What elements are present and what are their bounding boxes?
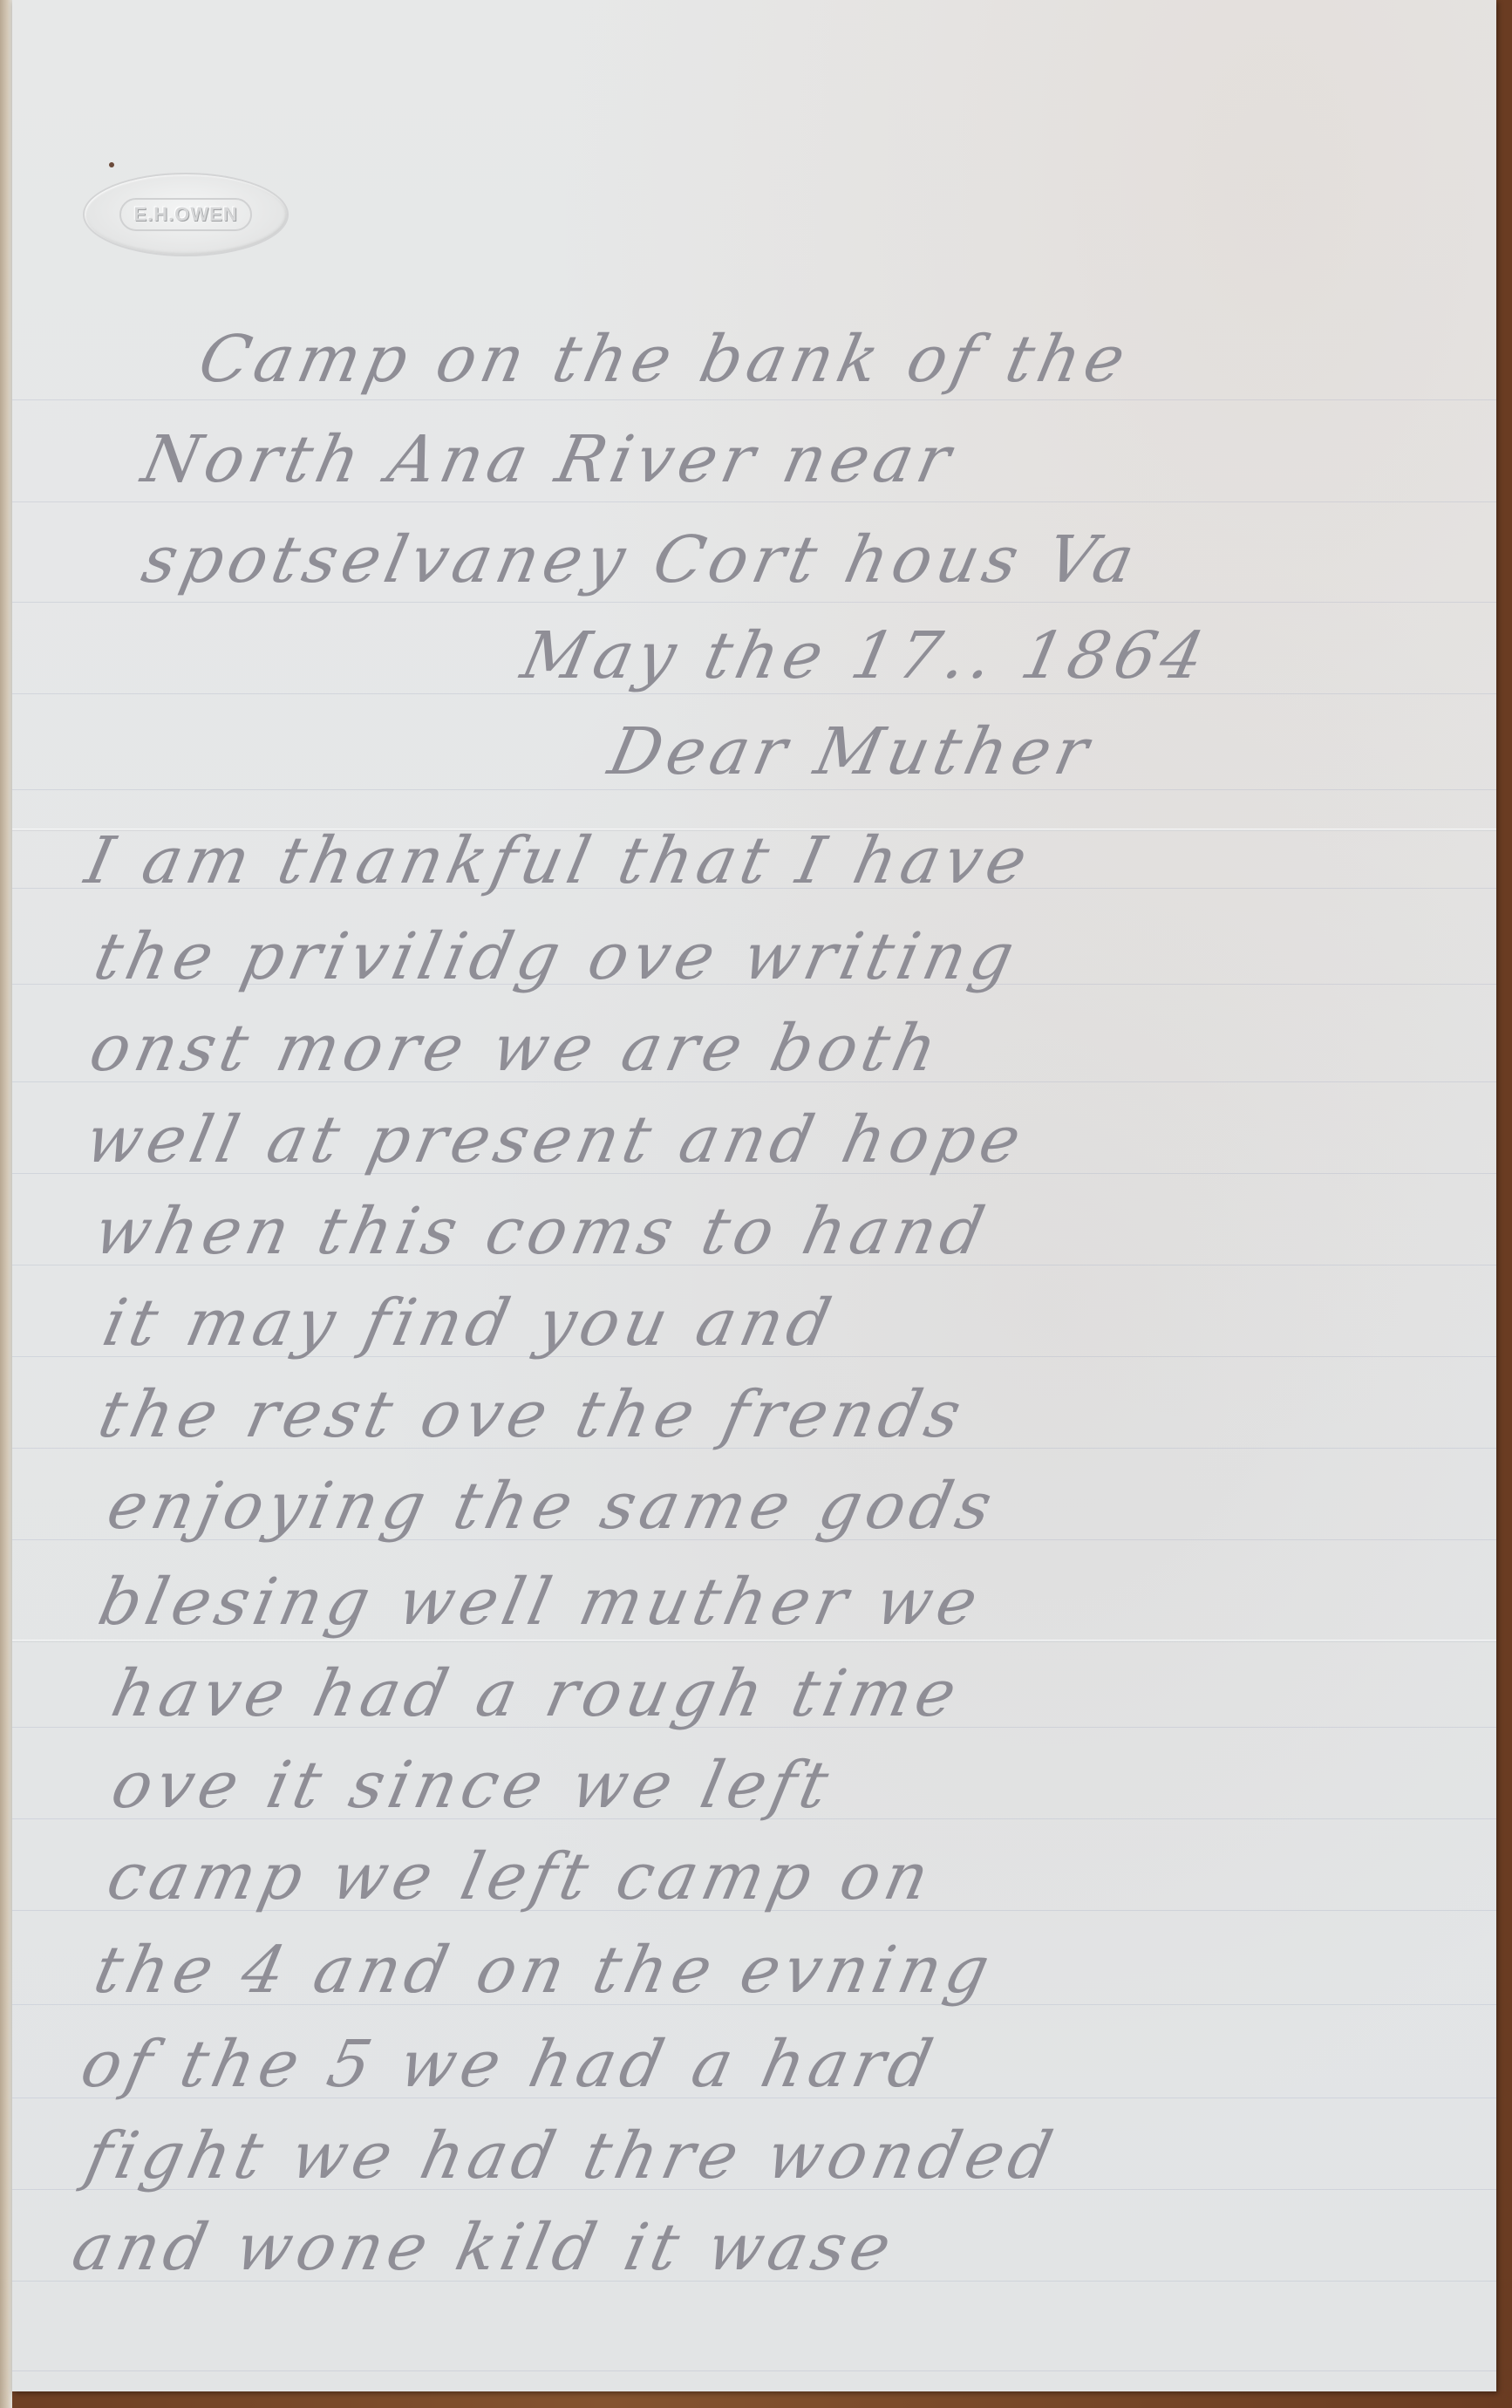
stamp-text: E.H.OWEN [119, 198, 251, 231]
ink-spot [109, 162, 114, 167]
body-line-1: I am thankful that I have [80, 829, 1037, 893]
body-line-7: the rest ove the frends [93, 1382, 971, 1447]
body-line-14: of the 5 we had a hard [76, 2032, 943, 2097]
heading-line-3: spotselvaney Cort hous Va [137, 528, 1144, 592]
ruled-line [12, 693, 1496, 694]
fold-crease [12, 1640, 1496, 1642]
letter-date: May the 17.. 1864 [516, 624, 1215, 688]
paper-edge [0, 0, 12, 2408]
body-line-9: blesing well muther we [93, 1570, 988, 1634]
ruled-line [12, 501, 1496, 502]
salutation: Dear Muther [603, 720, 1099, 784]
ruled-line [12, 2370, 1496, 2371]
heading-line-1: Camp on the bank of the [194, 327, 1135, 392]
body-line-12: camp we left camp on [102, 1845, 939, 1909]
body-line-3: onst more we are both [85, 1016, 947, 1081]
body-line-8: enjoying the same gods [102, 1474, 1002, 1538]
body-line-16: and wone kild it wase [67, 2215, 901, 2280]
body-line-11: ove it since we left [106, 1753, 839, 1818]
heading-line-2: North Ana River near [137, 427, 961, 492]
ruled-line [12, 602, 1496, 603]
body-line-15: fight we had thre wonded [80, 2124, 1063, 2188]
body-line-6: it may find you and [98, 1291, 841, 1355]
body-line-13: the 4 and on the evning [89, 1938, 999, 2002]
embossed-stationer-stamp: E.H.OWEN [83, 173, 289, 256]
body-line-10: have had a rough time [106, 1661, 966, 1726]
body-line-5: when this coms to hand [89, 1199, 995, 1264]
body-line-2: the privilidg ove writing [89, 924, 1024, 989]
ruled-line [12, 399, 1496, 400]
body-line-4: well at present and hope [80, 1108, 1031, 1172]
ruled-line [12, 789, 1496, 790]
